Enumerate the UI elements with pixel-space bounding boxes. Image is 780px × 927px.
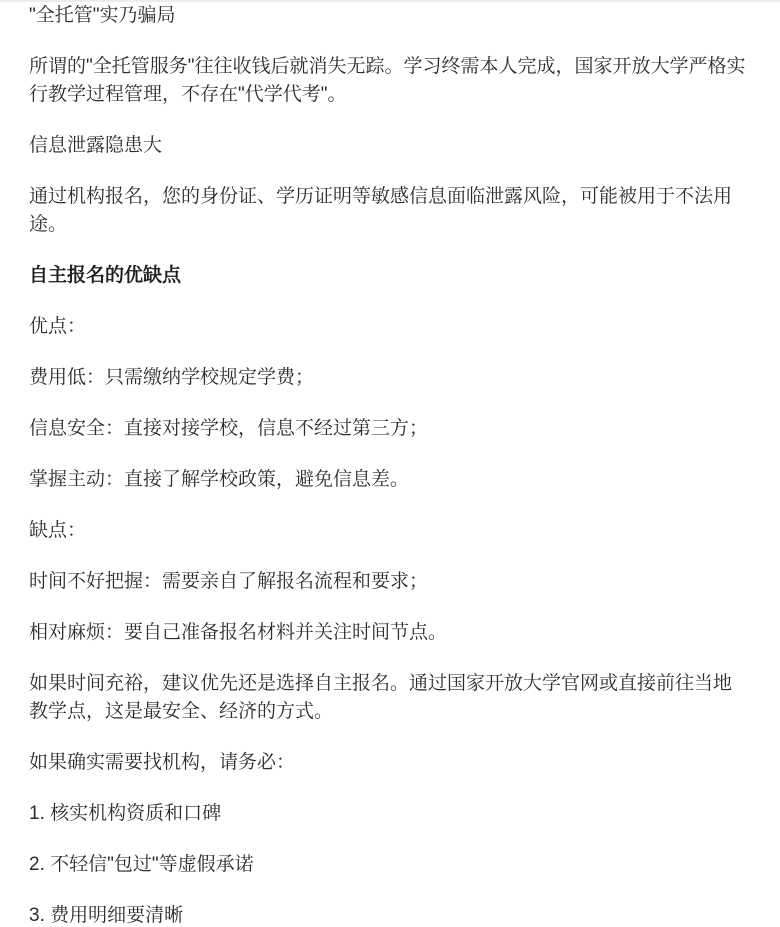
list-item-no-false-promises: 2. 不轻信"包过"等虚假承诺 [29, 851, 750, 879]
paragraph-pro-low-cost: 费用低：只需缴纳学校规定学费； [29, 364, 750, 392]
subheading-quantuoguan-scam: "全托管"实乃骗局 [29, 2, 750, 30]
paragraph-pro-initiative: 掌握主动：直接了解学校政策，避免信息差。 [29, 466, 750, 494]
paragraph-con-hassle: 相对麻烦：要自己准备报名材料并关注时间节点。 [29, 619, 750, 647]
article-content: "全托管"实乃骗局 所谓的"全托管服务"往往收钱后就消失无踪。学习终需本人完成，… [0, 2, 780, 927]
list-item-clear-fees: 3. 费用明细要清晰 [29, 902, 750, 927]
paragraph-recommendation: 如果时间充裕，建议优先还是选择自主报名。通过国家开放大学官网或直接前往当地教学点… [29, 670, 750, 726]
paragraph-if-need-agency: 如果确实需要找机构，请务必： [29, 749, 750, 777]
heading-self-registration-pros-cons: 自主报名的优缺点 [29, 262, 750, 290]
paragraph-scam-detail: 所谓的"全托管服务"往往收钱后就消失无踪。学习终需本人完成，国家开放大学严格实行… [29, 53, 750, 109]
paragraph-pro-info-safety: 信息安全：直接对接学校，信息不经过第三方； [29, 415, 750, 443]
list-item-verify-credentials: 1. 核实机构资质和口碑 [29, 800, 750, 828]
paragraph-pros-label: 优点： [29, 313, 750, 341]
paragraph-con-timing: 时间不好把握：需要亲自了解报名流程和要求； [29, 568, 750, 596]
paragraph-cons-label: 缺点： [29, 517, 750, 545]
subheading-info-leak: 信息泄露隐患大 [29, 132, 750, 160]
paragraph-info-leak-detail: 通过机构报名，您的身份证、学历证明等敏感信息面临泄露风险，可能被用于不法用途。 [29, 183, 750, 239]
